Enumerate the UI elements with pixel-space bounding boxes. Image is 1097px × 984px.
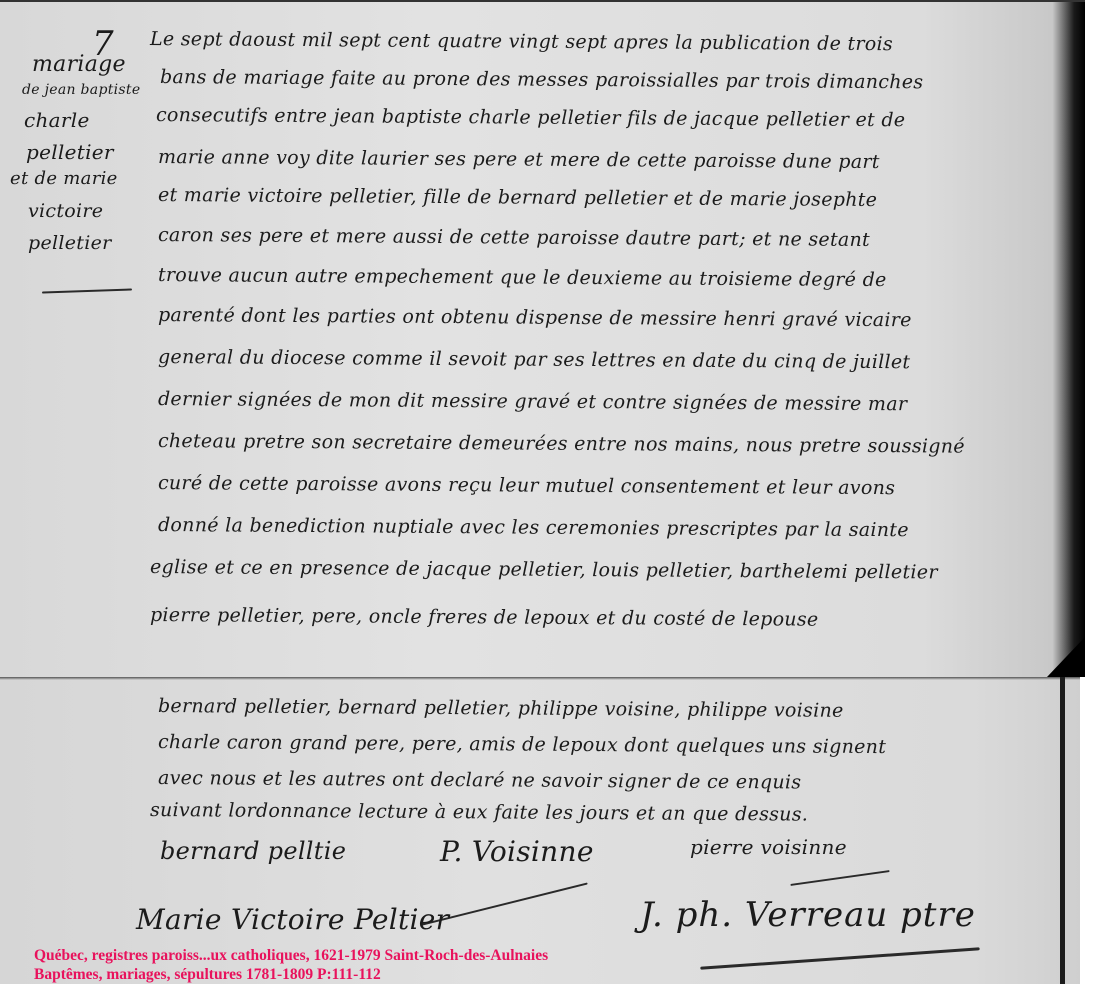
margin-note-line: mariage bbox=[32, 52, 126, 77]
margin-underline bbox=[42, 288, 132, 293]
register-line: caron ses pere et mere aussi de cette pa… bbox=[158, 224, 870, 251]
register-line: avec nous et les autres ont declaré ne s… bbox=[158, 767, 801, 793]
register-line: donné la benediction nuptiale avec les c… bbox=[158, 514, 909, 541]
margin-note-line: victoire bbox=[28, 200, 103, 222]
fragment-seam bbox=[0, 677, 1080, 680]
signature-flourish bbox=[700, 947, 980, 970]
register-line: eglise et ce en presence de jacque pelle… bbox=[150, 556, 938, 583]
register-line: pierre pelletier, pere, oncle freres de … bbox=[150, 604, 819, 631]
margin-note-line: de jean baptiste bbox=[22, 82, 140, 98]
register-line: consecutifs entre jean baptiste charle p… bbox=[156, 104, 906, 131]
register-line: cheteau pretre son secretaire demeurées … bbox=[158, 430, 965, 458]
register-line: bernard pelletier, bernard pelletier, ph… bbox=[158, 695, 844, 722]
signature-bernard-pelletier: bernard pelltie bbox=[160, 837, 346, 865]
caption-line-1: Québec, registres paroiss...ux catholiqu… bbox=[34, 946, 548, 965]
margin-note-line: et de marie bbox=[10, 168, 118, 189]
margin-note-line: pelletier bbox=[26, 140, 114, 164]
register-line: et marie victoire pelletier, fille de be… bbox=[158, 184, 877, 211]
register-line: suivant lordonnance lecture à eux faite … bbox=[150, 799, 808, 826]
scan-fragment-top: 7 mariage de jean baptiste charle pellet… bbox=[0, 0, 1085, 677]
register-line: charle caron grand pere, pere, amis de l… bbox=[158, 731, 886, 758]
signature-flourish bbox=[790, 870, 889, 886]
signature-marie-victoire-peltier: Marie Victoire Peltier bbox=[136, 903, 449, 936]
register-line: bans de mariage faite au prone des messe… bbox=[160, 66, 924, 93]
register-line: dernier signées de mon dit messire gravé… bbox=[158, 388, 907, 415]
scan-corner-shadow bbox=[1047, 637, 1085, 677]
page-edge bbox=[0, 0, 1085, 2]
register-line: parenté dont les parties ont obtenu disp… bbox=[158, 304, 912, 331]
margin-note-line: charle bbox=[24, 108, 90, 132]
margin-note-line: pelletier bbox=[28, 232, 112, 254]
register-line: Le sept daoust mil sept cent quatre ving… bbox=[150, 28, 893, 55]
register-line: curé de cette paroisse avons reçu leur m… bbox=[158, 472, 895, 499]
scan-fragment-bottom: bernard pelletier, bernard pelletier, ph… bbox=[0, 677, 1080, 984]
signature-priest-verreau: J. ph. Verreau ptre bbox=[640, 895, 976, 935]
register-line: general du diocese comme il sevoit par s… bbox=[158, 346, 911, 373]
register-line: trouve aucun autre empechement que le de… bbox=[158, 264, 887, 291]
signature-pierre-voisinne: pierre voisinne bbox=[690, 835, 847, 859]
register-line: marie anne voy dite laurier ses pere et … bbox=[158, 146, 880, 173]
page-binding-line bbox=[1060, 677, 1065, 984]
source-caption: Québec, registres paroiss...ux catholiqu… bbox=[34, 946, 548, 984]
signature-p-voisinne: P. Voisinne bbox=[440, 835, 594, 868]
caption-line-2: Baptêmes, mariages, sépultures 1781-1809… bbox=[34, 965, 548, 984]
